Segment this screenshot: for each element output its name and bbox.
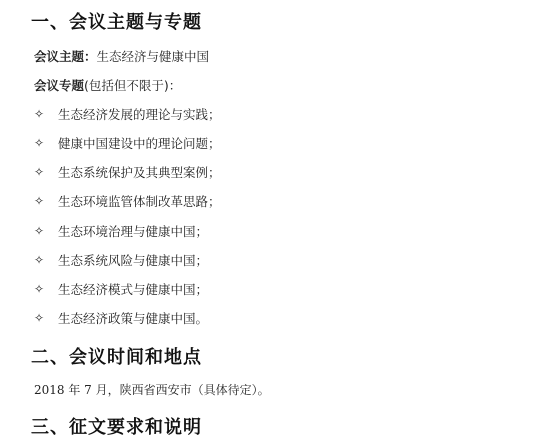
topic-text: 健康中国建设中的理论问题； (58, 134, 221, 152)
topic-item: ✧生态经济政策与健康中国。 (34, 309, 208, 327)
topic-item: ✧生态经济模式与健康中国； (34, 280, 208, 298)
topic-item: ✧生态系统保护及其典型案例； (34, 163, 221, 181)
topic-text: 生态环境治理与健康中国； (58, 222, 208, 240)
topic-item: ✧生态环境监管体制改革思路； (34, 192, 221, 210)
section-heading-1: 一、会议主题与专题 (31, 8, 202, 34)
time-place-text: 2018 年 7 月，陕西省西安市（具体待定）。 (34, 381, 270, 398)
topics-label: 会议专题 (34, 78, 84, 93)
topics-note: (包括但不限于)： (84, 78, 181, 93)
topic-item: ✧生态经济发展的理论与实践； (34, 105, 221, 123)
topic-text: 生态系统保护及其典型案例； (58, 163, 221, 181)
topic-text: 生态经济政策与健康中国。 (58, 309, 208, 327)
diamond-bullet-icon: ✧ (34, 282, 58, 296)
diamond-bullet-icon: ✧ (34, 253, 58, 267)
topic-item: ✧健康中国建设中的理论问题； (34, 134, 221, 152)
topic-text: 生态经济模式与健康中国； (58, 280, 208, 298)
diamond-bullet-icon: ✧ (34, 107, 58, 121)
diamond-bullet-icon: ✧ (34, 165, 58, 179)
section-heading-3: 三、征文要求和说明 (31, 413, 202, 439)
theme-value: 生态经济与健康中国 (97, 49, 210, 64)
topics-line: 会议专题(包括但不限于)： (34, 76, 181, 94)
diamond-bullet-icon: ✧ (34, 311, 58, 325)
diamond-bullet-icon: ✧ (34, 194, 58, 208)
topic-text: 生态系统风险与健康中国； (58, 251, 208, 269)
topic-text: 生态经济发展的理论与实践； (58, 105, 221, 123)
theme-label: 会议主题： (34, 49, 97, 64)
section-heading-2: 二、会议时间和地点 (31, 343, 202, 369)
diamond-bullet-icon: ✧ (34, 224, 58, 238)
topic-item: ✧生态环境治理与健康中国； (34, 222, 208, 240)
topic-item: ✧生态系统风险与健康中国； (34, 251, 208, 269)
diamond-bullet-icon: ✧ (34, 136, 58, 150)
theme-line: 会议主题：生态经济与健康中国 (34, 47, 209, 65)
topic-text: 生态环境监管体制改革思路； (58, 192, 221, 210)
